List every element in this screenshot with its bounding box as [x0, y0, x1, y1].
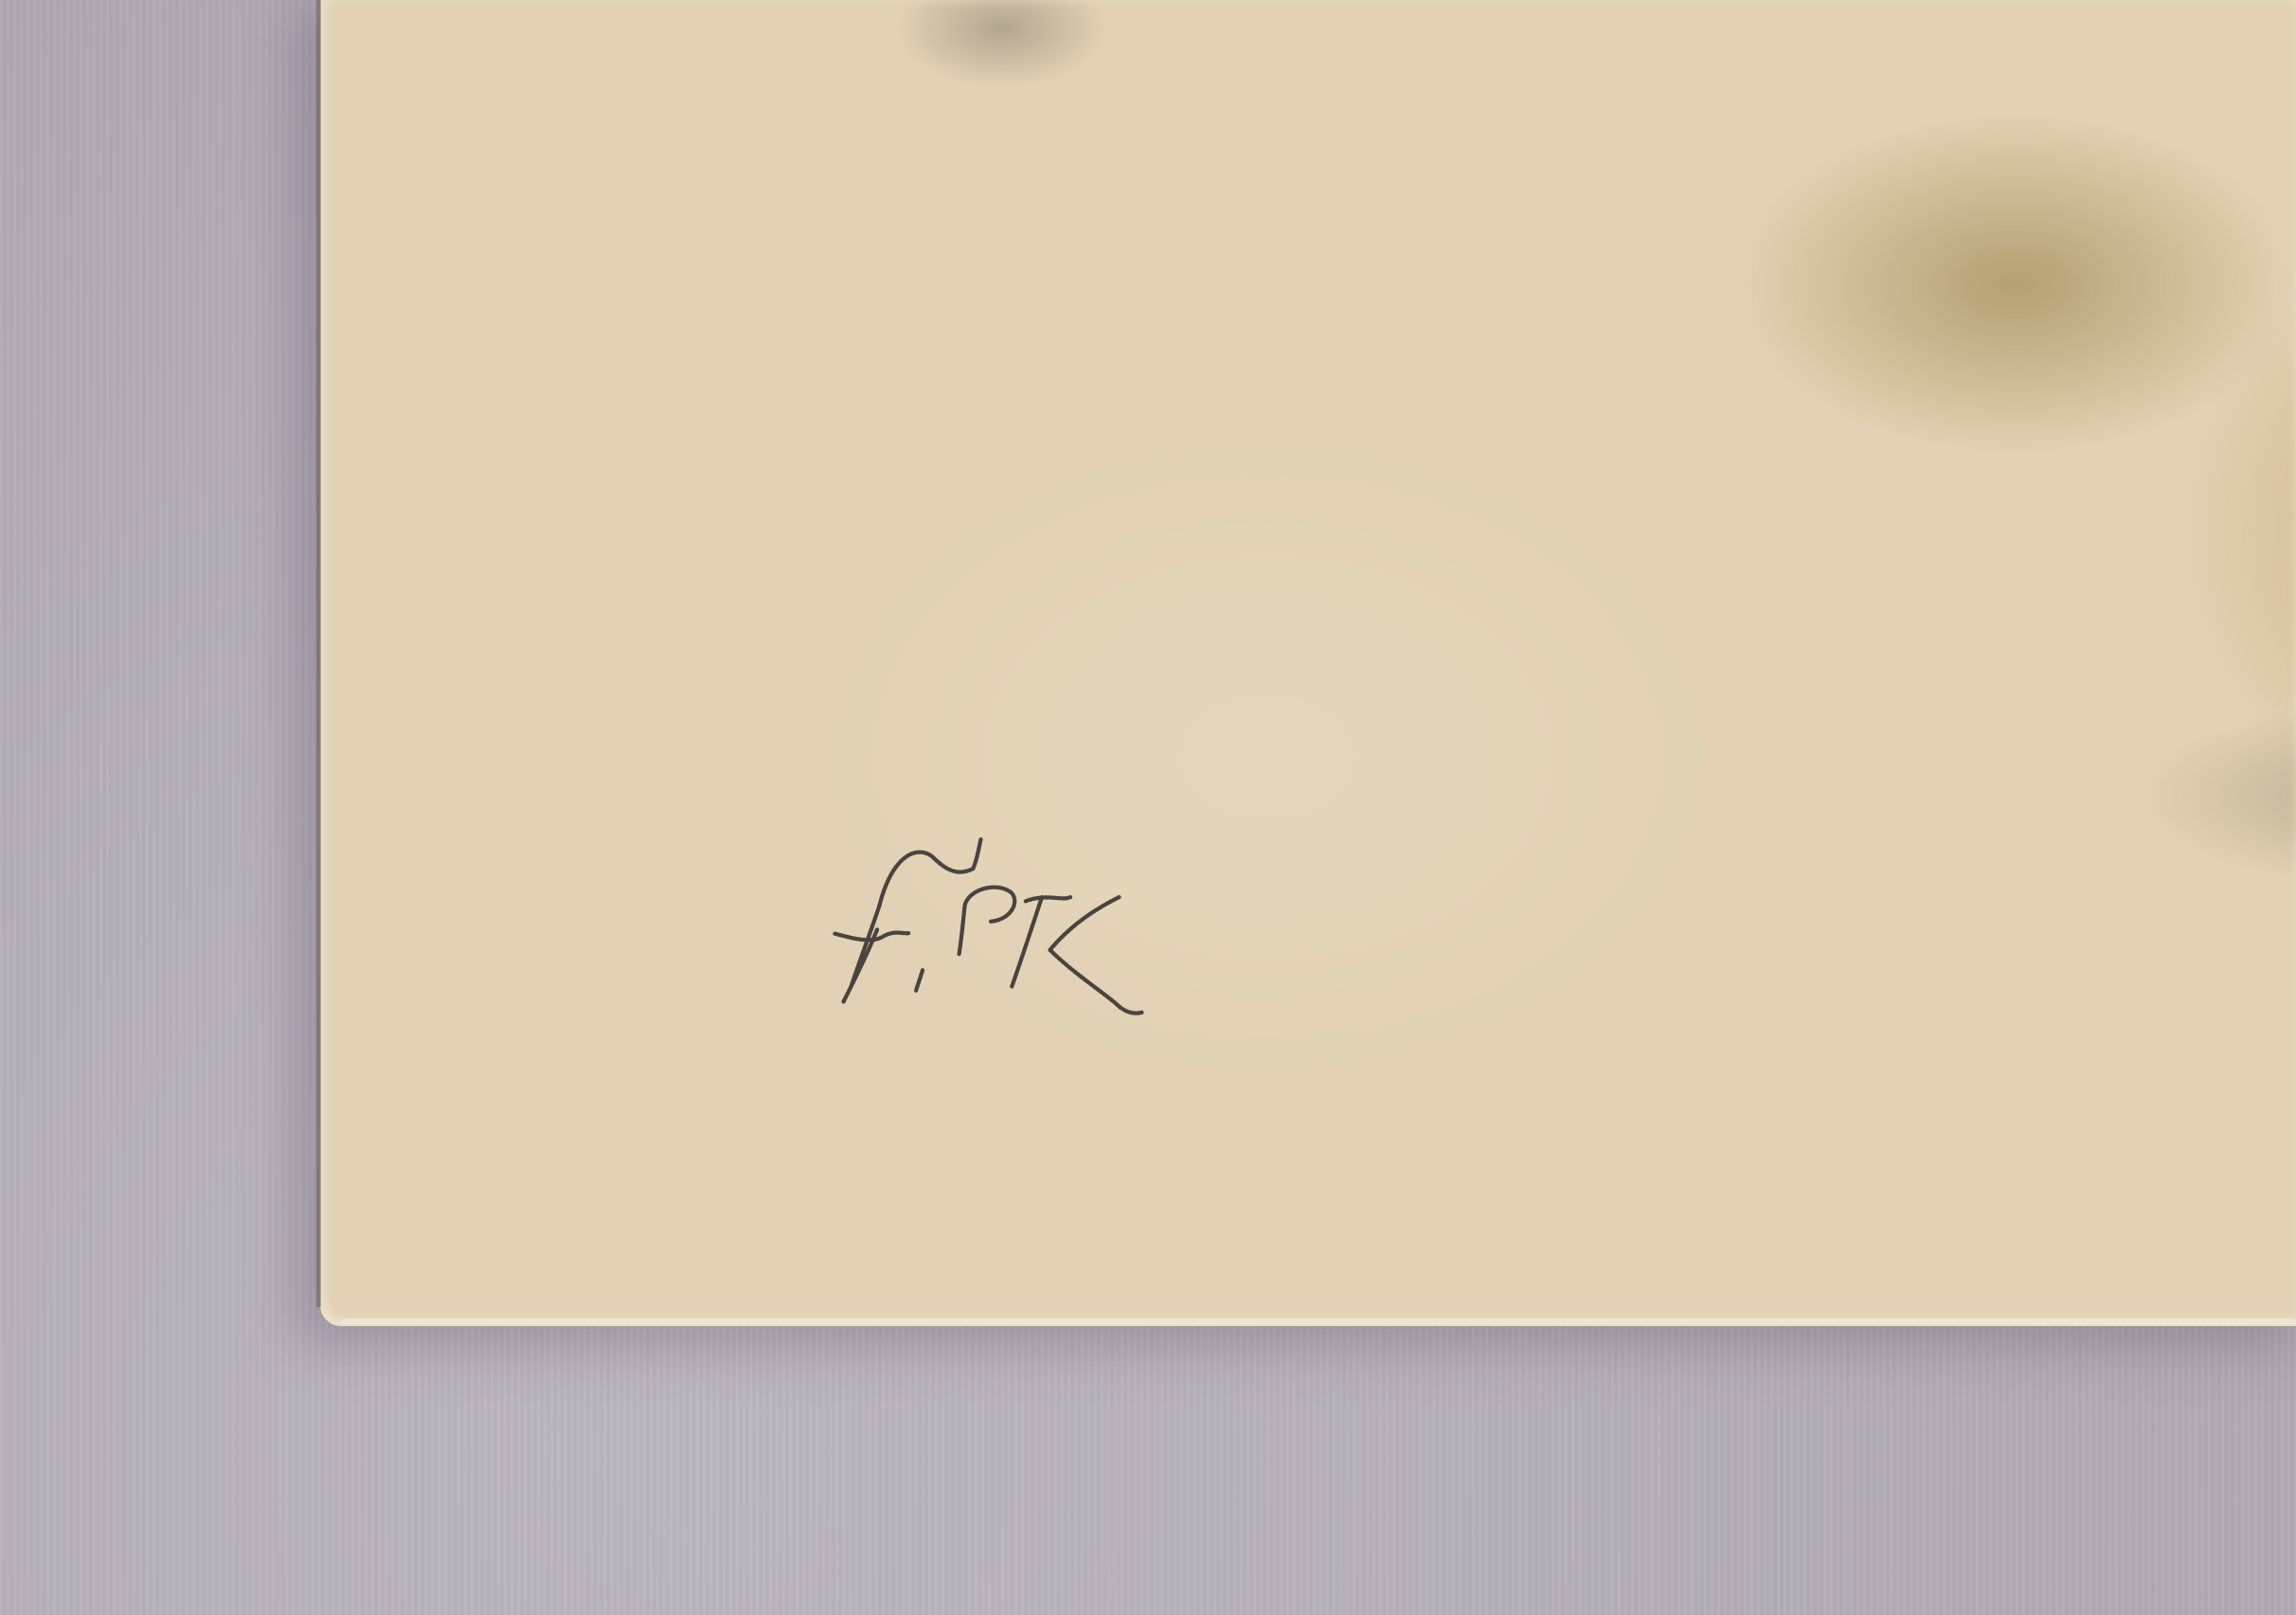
- paper-left-edge: [316, 0, 321, 1307]
- pencil-signature: f. PK: [786, 824, 1184, 1051]
- paper-deckle-edge: [341, 1319, 2296, 1324]
- signature-monogram-icon: [786, 824, 1184, 1051]
- paper-sheet: [320, 0, 2296, 1326]
